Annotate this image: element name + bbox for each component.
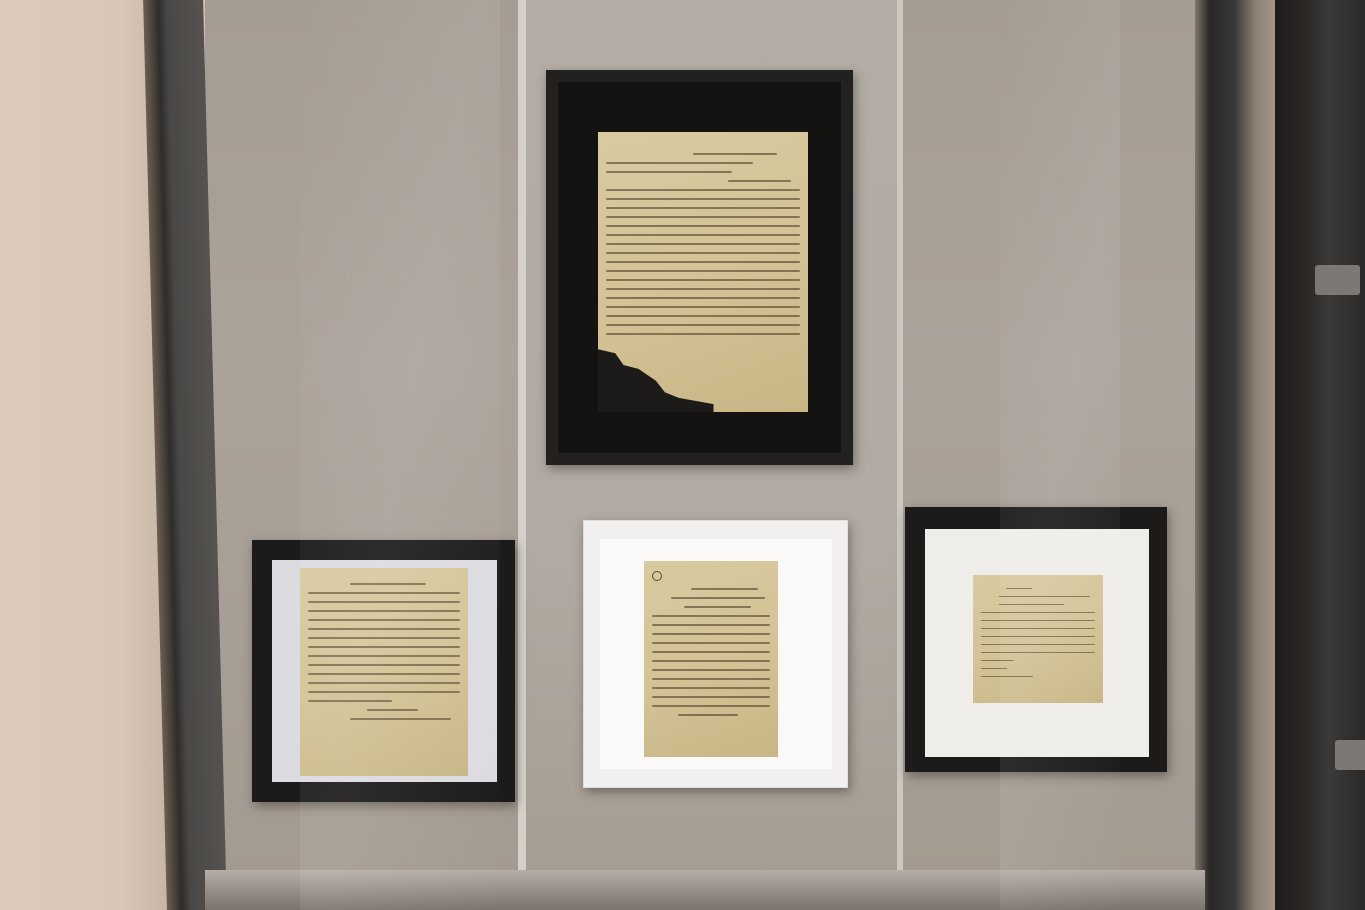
hinge-icon <box>1335 740 1365 770</box>
manuscript-bottom-center <box>644 561 778 757</box>
torn-corner <box>598 334 714 412</box>
hinge-icon <box>1315 265 1360 295</box>
manuscript-top <box>598 132 808 412</box>
cabinet-door-right <box>1275 0 1365 910</box>
glass-reflection <box>300 0 500 910</box>
exhibit-frame-bottom-center <box>583 520 848 788</box>
glass-reflection <box>1000 0 1120 910</box>
stamp-icon <box>652 571 662 581</box>
exhibit-frame-top <box>546 70 853 465</box>
case-frame-right <box>1195 0 1275 910</box>
frame-mat <box>600 539 832 769</box>
